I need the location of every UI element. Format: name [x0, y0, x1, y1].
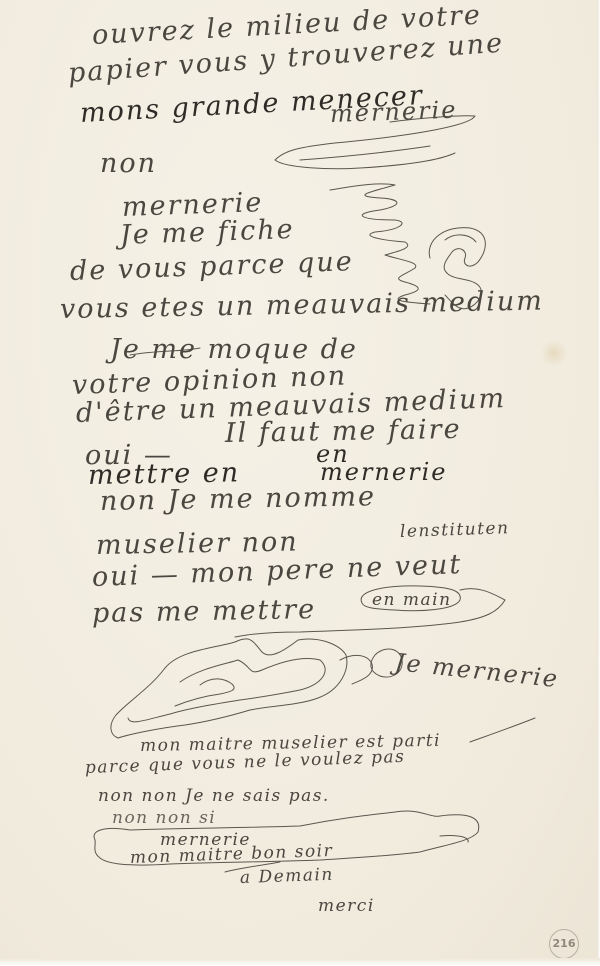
- handwritten-line: non: [100, 148, 157, 179]
- handwritten-line: pas me mettre: [92, 594, 317, 629]
- handwritten-line: en main: [372, 590, 452, 610]
- manuscript-page: ouvrez le milieu de votre papier vous y …: [0, 0, 600, 966]
- handwritten-line: merci: [318, 896, 375, 916]
- handwritten-line: Je me fiche: [119, 214, 295, 251]
- handwritten-line: lenstituten: [400, 518, 510, 542]
- handwritten-line: non non Je ne sais pas.: [98, 786, 330, 806]
- cloud-doodle-large: [111, 639, 347, 738]
- handwritten-line: non non si: [112, 808, 216, 828]
- scribble-zigzag: [330, 184, 430, 304]
- page-number-stamp: 216: [549, 929, 579, 959]
- handwritten-line: a Demain: [240, 865, 335, 888]
- paper-edge: [0, 958, 600, 966]
- handwritten-line: mernerie: [330, 96, 458, 128]
- handwritten-line: non Je me nomme: [100, 481, 376, 517]
